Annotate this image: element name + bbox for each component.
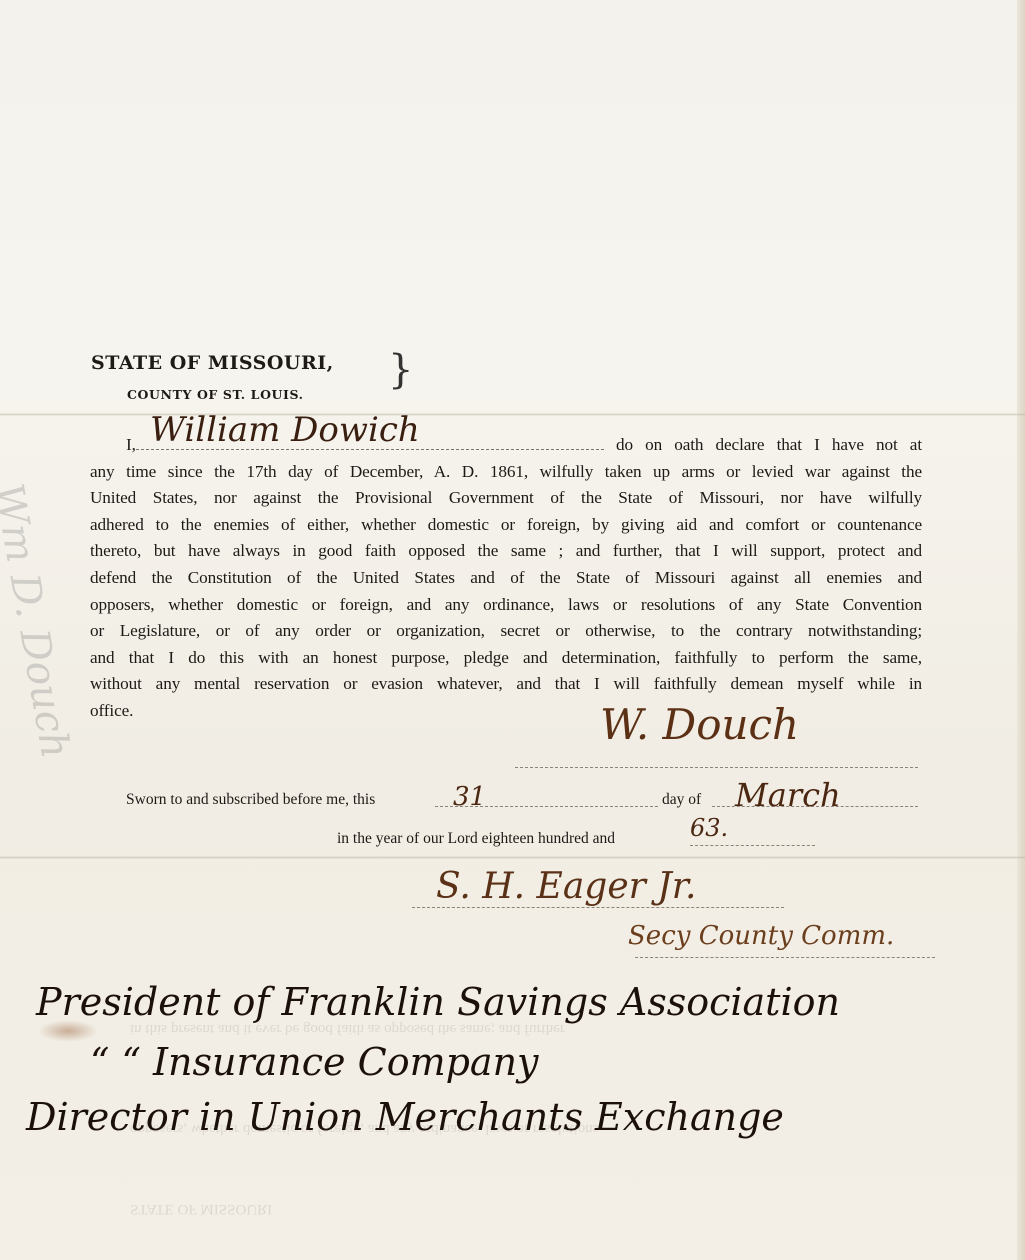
oath-line: adhered to the enemies of either, whethe…	[90, 512, 922, 539]
document-page: Wm D. Douch STATE OF MISSOURI, } COUNTY …	[0, 0, 1025, 1260]
oath-prefix: I,	[90, 435, 136, 454]
year-handwritten: 63.	[690, 814, 728, 842]
year-blank	[690, 845, 815, 846]
handwritten-note: Director in Union Merchants Exchange	[26, 1095, 784, 1139]
year-text: in the year of our Lord eighteen hundred…	[337, 830, 615, 848]
oath-line: any time since the 17th day of December,…	[90, 459, 922, 486]
affiant-signature: W. Douch	[600, 700, 799, 749]
oath-text: I, do on oath declare that I have not at…	[90, 432, 922, 725]
handwritten-note: “ “ Insurance Company	[90, 1040, 539, 1084]
month-handwritten: March	[735, 776, 841, 814]
paper-fold	[0, 856, 1025, 859]
bleed-through-text: STATE OF MISSOURI	[130, 1200, 272, 1217]
oath-line: or Legislature, or of any order or organ…	[90, 618, 922, 645]
oath-line: thereto, but have always in good faith o…	[90, 538, 922, 565]
margin-pencil-note: Wm D. Douch	[0, 480, 78, 762]
oath-line: without any mental reservation or evasio…	[90, 671, 922, 698]
affiant-name-handwritten: William Dowich	[150, 410, 420, 450]
sworn-text: Sworn to and subscribed before me, this	[126, 791, 375, 809]
brace-glyph: }	[388, 350, 413, 390]
official-signature-line	[412, 907, 784, 908]
day-handwritten: 31	[453, 782, 486, 812]
official-title: Secy County Comm.	[628, 921, 894, 951]
official-signature: S. H. Eager Jr.	[436, 866, 696, 907]
title-line	[635, 957, 935, 958]
oath-line-text: do on oath declare that I have not at	[616, 435, 922, 454]
county-subheading: COUNTY OF ST. LOUIS.	[127, 387, 304, 402]
state-heading: STATE OF MISSOURI,	[91, 352, 334, 374]
paper-edge	[1017, 0, 1025, 1260]
oath-line: opposers, whether domestic or foreign, a…	[90, 592, 922, 619]
signature-line	[515, 767, 918, 768]
oath-line: United States, nor against the Provision…	[90, 485, 922, 512]
oath-line: and that I do this with an honest purpos…	[90, 645, 922, 672]
day-of-text: day of	[662, 791, 701, 809]
oath-line: defend the Constitution of the United St…	[90, 565, 922, 592]
handwritten-note: President of Franklin Savings Associatio…	[36, 980, 840, 1024]
